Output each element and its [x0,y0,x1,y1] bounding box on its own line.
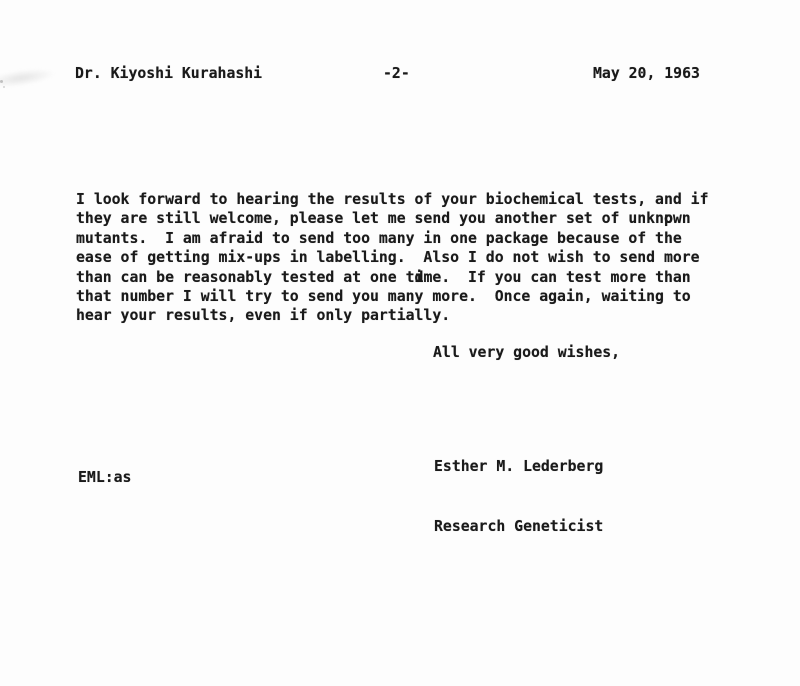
scan-smudge [0,65,57,91]
body-line: than can be reasonably tested at one tid… [76,268,709,287]
header-recipient: Dr. Kiyoshi Kurahashi [75,64,262,84]
page-number: -2- [383,64,410,84]
letter-page: Dr. Kiyoshi Kurahashi -2- May 20, 1963 I… [0,0,800,686]
body-line: ease of getting mix-ups in labelling. Al… [76,248,709,267]
overstrike-correction: id [415,268,424,287]
signature-name: Esther M. Lederberg [434,457,603,477]
signature-block: Esther M. Lederberg Research Geneticist [434,417,603,577]
overstrike-correction: op [664,209,673,228]
typist-initials: EML:as [78,468,131,488]
signature-title: Research Geneticist [434,517,603,537]
body-line: hear your results, even if only partiall… [76,306,709,325]
body-line: that number I will try to send you many … [76,287,709,306]
body-line: they are still welcome, please let me se… [76,209,709,228]
scan-speck [3,86,5,88]
header-date: May 20, 1963 [593,64,700,84]
letter-body: I look forward to hearing the results of… [76,190,709,326]
valediction: All very good wishes, [433,343,620,363]
body-line: I look forward to hearing the results of… [76,190,709,209]
body-line: mutants. I am afraid to send too many in… [76,229,709,248]
scan-speck [0,80,3,83]
